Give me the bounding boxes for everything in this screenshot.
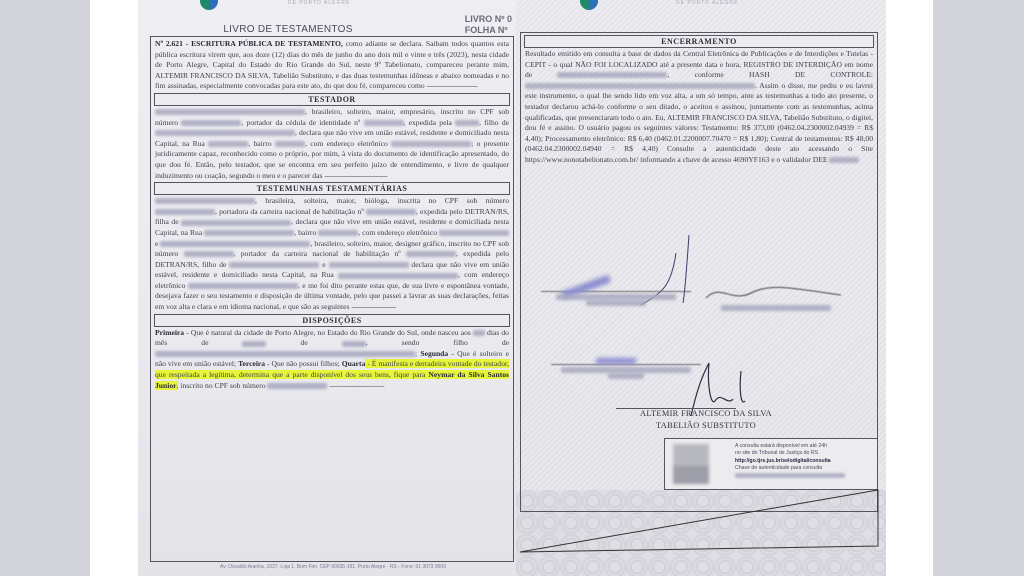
notary-address-footer: Av. Osvaldo Aranha, 1027, Loja 1, Bom Fi…: [158, 564, 508, 570]
notary-logo-icon: [200, 0, 218, 10]
notary-name-block: ALTEMIR FRANCISCO DA SILVA TABELIÃO SUBS…: [616, 408, 796, 432]
redacted-issuer: [455, 120, 479, 126]
book-title: LIVRO DE TESTAMENTOS: [138, 24, 438, 35]
closing-paragraph: Resultado emitido em consulta a base de …: [521, 49, 877, 166]
section-disposicoes: DISPOSIÇÕES: [154, 314, 510, 327]
testament-page-right: DE PORTO ALEGRE ENCERRAMENTO Resultado e…: [516, 0, 886, 576]
testator-paragraph: , brasileiro, solteiro, maior, empresári…: [151, 107, 513, 181]
section-encerramento: ENCERRAMENTO: [524, 35, 874, 48]
redacted-witness1-parents: [181, 220, 291, 226]
closing-diagonal-line: [516, 470, 886, 560]
redacted-witness1-surname: [586, 300, 646, 306]
right-white-strip: [886, 0, 933, 576]
folio-number: FOLHA Nº: [465, 25, 512, 36]
redacted-testator-signer: [721, 305, 831, 311]
seal-consult-link[interactable]: http://go.tjrs.jus.br/selodigital/consul…: [735, 458, 877, 465]
redacted-witness2-parents: [229, 262, 319, 268]
deed-frame: Nº 2.621 - ESCRITURA PÚBLICA DE TESTAMEN…: [150, 36, 514, 562]
book-reference: LIVRO Nº 0 FOLHA Nº: [465, 14, 512, 36]
redacted-witness2-surname: [608, 373, 644, 379]
redacted-cpf: [181, 120, 241, 126]
redacted-address: [208, 141, 248, 147]
testament-page-left: DE PORTO ALEGRE LIVRO DE TESTAMENTOS LIV…: [138, 0, 516, 576]
redacted-witness2-cpf: [184, 251, 234, 257]
redacted-witness1-signer: [556, 294, 676, 300]
deed-opening: Nº 2.621 - ESCRITURA PÚBLICA DE TESTAMEN…: [151, 37, 513, 92]
redacted-parents: [155, 130, 295, 136]
redacted-witness1-cpf: [155, 209, 215, 215]
notary-role: TABELIÃO SUBSTITUTO: [616, 420, 796, 432]
redacted-parents-names: [155, 351, 415, 357]
left-gray-margin: [0, 0, 90, 576]
redacted-hash: [525, 83, 755, 89]
redacted-witness2-name: [160, 241, 310, 247]
notary-logo-icon: [580, 0, 598, 10]
right-gray-margin: [933, 0, 1024, 576]
redacted-email: [391, 141, 471, 147]
redacted-witness1-district: [318, 230, 358, 236]
notary-name: ALTEMIR FRANCISCO DA SILVA: [616, 408, 796, 420]
section-testemunhas: TESTEMUNHAS TESTAMENTÁRIAS: [154, 182, 510, 195]
left-white-strip: [90, 0, 138, 576]
redacted-id: [364, 120, 404, 126]
redacted-validator: [829, 157, 859, 163]
handwriting-icon: [701, 283, 851, 303]
redacted-witness1-address: [204, 230, 294, 236]
redacted-witness2-address: [338, 273, 458, 279]
dispositions-paragraph: Primeira - Que é natural da cidade de Po…: [151, 328, 513, 392]
testator-signature: [701, 283, 851, 311]
redacted-name: [155, 109, 305, 115]
deed-heading: Nº 2.621 - ESCRITURA PÚBLICA DE TESTAMEN…: [155, 39, 343, 48]
witnesses-paragraph: , brasileira, solteira, maior, bióloga, …: [151, 196, 513, 313]
section-testador: TESTADOR: [154, 93, 510, 106]
redacted-witness2-email: [188, 283, 298, 289]
redacted-witness1-name: [155, 198, 255, 204]
redacted-witness2-cnh: [406, 251, 456, 257]
book-number: LIVRO Nº 0: [465, 14, 512, 25]
redacted-birth-day: [473, 330, 485, 336]
redacted-witness1-cnh: [366, 209, 416, 215]
redacted-district: [275, 141, 305, 147]
redacted-testator-name: [557, 72, 667, 78]
redacted-witness2-mother: [329, 262, 409, 268]
logo-subtitle: DE PORTO ALEGRE: [288, 0, 350, 6]
logo-subtitle: DE PORTO ALEGRE: [676, 0, 738, 6]
redacted-heir-cpf: [267, 383, 327, 389]
witness1-signature: [541, 283, 691, 307]
redacted-birth-year: [342, 341, 366, 347]
redacted-birth-month: [242, 341, 266, 347]
redacted-witness1-email: [439, 230, 509, 236]
